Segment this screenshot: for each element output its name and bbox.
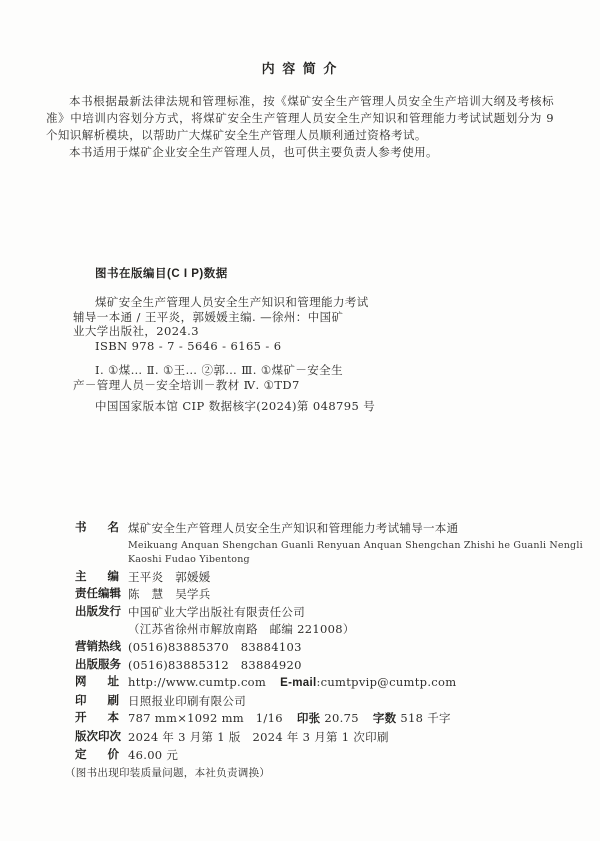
email-address: :cumtpvip@cumtp.com bbox=[316, 675, 456, 689]
quality-replacement-note: （图书出现印装质量问题，本社负责调换） bbox=[65, 765, 560, 780]
content-summary-paragraph-2: 本书适用于煤矿企业安全生产管理人员，也可供主要负责人参考使用。 bbox=[46, 144, 554, 161]
publisher-label: 出版发行 bbox=[75, 605, 119, 619]
format-size: 787 mm×1092 mm 1/16 bbox=[128, 711, 283, 725]
colophon-row-format: 开本 787 mm×1092 mm 1/16印张 20.75字数 518 千字 bbox=[75, 711, 560, 726]
colophon-row-printer: 印刷 日照报业印刷有限公司 bbox=[75, 694, 560, 708]
website-url: http://www.cumtp.com bbox=[128, 675, 266, 689]
website-email-group: http://www.cumtp.comE-mail:cumtpvip@cumt… bbox=[128, 675, 456, 690]
responsible-editor-label: 责任编辑 bbox=[75, 587, 119, 601]
book-title-pinyin-line-2: Kaoshi Fudao Yibentong bbox=[128, 553, 583, 567]
publishing-service-numbers: (0516)83885312 83884920 bbox=[128, 658, 302, 672]
marketing-hotline-numbers: (0516)83885370 83884103 bbox=[128, 640, 302, 654]
publisher-address: （江苏省徐州市解放南路 邮编 221008） bbox=[128, 622, 355, 636]
book-copyright-page: 内 容 简 介 本书根据最新法律法规和管理标准，按《煤矿安全生产管理人员安全生产… bbox=[0, 0, 600, 841]
cip-author-line: 辅导一本通 / 王平炎，郭媛媛主编. —徐州：中国矿 bbox=[73, 310, 403, 325]
edition-label: 版次印次 bbox=[75, 730, 119, 744]
content-summary-paragraph-1: 本书根据最新法律法规和管理标准，按《煤矿安全生产管理人员安全生产培训大纲及考核标… bbox=[46, 93, 554, 144]
cip-isbn-line: ISBN 978 - 7 - 5646 - 6165 - 6 bbox=[73, 339, 403, 354]
word-count-label: 字数 bbox=[373, 713, 397, 725]
content-summary-heading: 内 容 简 介 bbox=[46, 58, 554, 77]
price-value: 46.00 元 bbox=[128, 748, 178, 762]
printed-sheets-label: 印张 bbox=[297, 713, 321, 725]
cip-title-line: 煤矿安全生产管理人员安全生产知识和管理能力考试 bbox=[73, 295, 403, 310]
colophon-row-marketing-hotline: 营销热线 (0516)83885370 83884103 bbox=[75, 640, 560, 654]
price-label: 定价 bbox=[75, 748, 119, 762]
colophon-row-website: 网址 http://www.cumtp.comE-mail:cumtpvip@c… bbox=[75, 675, 560, 690]
edition-value: 2024 年 3 月第 1 版 2024 年 3 月第 1 次印刷 bbox=[128, 730, 389, 744]
colophon-row-edition: 版次印次 2024 年 3 月第 1 版 2024 年 3 月第 1 次印刷 bbox=[75, 730, 560, 744]
cip-classification-line-2: 产－管理人员－安全培训－教材 Ⅳ. ①TD7 bbox=[73, 378, 403, 393]
colophon-row-publishing-service: 出版服务 (0516)83885312 83884920 bbox=[75, 658, 560, 672]
website-label: 网址 bbox=[75, 675, 119, 689]
publisher-name: 中国矿业大学出版社有限责任公司 bbox=[128, 605, 305, 619]
book-title-pinyin-line-1: Meikuang Anquan Shengchan Guanli Renyuan… bbox=[128, 539, 583, 553]
printer-label: 印刷 bbox=[75, 694, 119, 708]
cip-classification-line-1: Ⅰ. ①煤… Ⅱ. ①王… ②郭… Ⅲ. ①煤矿－安全生 bbox=[73, 363, 403, 378]
book-title-value-group: 煤矿安全生产管理人员安全生产知识和管理能力考试辅导一本通 Meikuang An… bbox=[128, 521, 583, 566]
printed-sheets-value: 20.75 bbox=[324, 711, 358, 725]
colophon-row-responsible-editor: 责任编辑 陈 慧 吴学兵 bbox=[75, 587, 560, 601]
format-value-group: 787 mm×1092 mm 1/16印张 20.75字数 518 千字 bbox=[128, 711, 451, 726]
colophon-row-chief-editor: 主编 王平炎 郭媛媛 bbox=[75, 570, 560, 584]
email-label: E-mail bbox=[280, 677, 316, 689]
colophon-row-book-title: 书名 煤矿安全生产管理人员安全生产知识和管理能力考试辅导一本通 Meikuang… bbox=[75, 521, 560, 566]
word-count-value: 518 千字 bbox=[400, 711, 450, 725]
colophon-row-publisher-address: （江苏省徐州市解放南路 邮编 221008） bbox=[75, 622, 560, 636]
colophon-section: 书名 煤矿安全生产管理人员安全生产知识和管理能力考试辅导一本通 Meikuang… bbox=[75, 521, 560, 780]
cip-publisher-line: 业大学出版社，2024.3 bbox=[73, 324, 403, 339]
book-title-label: 书名 bbox=[75, 521, 119, 535]
content-summary-section: 内 容 简 介 本书根据最新法律法规和管理标准，按《煤矿安全生产管理人员安全生产… bbox=[46, 58, 554, 161]
chief-editor-names: 王平炎 郭媛媛 bbox=[128, 570, 211, 584]
cip-record-number-line: 中国国家版本馆 CIP 数据核字(2024)第 048795 号 bbox=[73, 399, 403, 414]
cip-section: 图书在版编目(C I P)数据 煤矿安全生产管理人员安全生产知识和管理能力考试 … bbox=[73, 265, 403, 413]
book-title-text: 煤矿安全生产管理人员安全生产知识和管理能力考试辅导一本通 bbox=[128, 521, 583, 535]
colophon-row-price: 定价 46.00 元 bbox=[75, 748, 560, 762]
format-label: 开本 bbox=[75, 711, 119, 725]
cip-heading: 图书在版编目(C I P)数据 bbox=[73, 265, 403, 281]
publishing-service-label: 出版服务 bbox=[75, 658, 119, 672]
cip-citation-block: 煤矿安全生产管理人员安全生产知识和管理能力考试 辅导一本通 / 王平炎，郭媛媛主… bbox=[73, 295, 403, 353]
printer-name: 日照报业印刷有限公司 bbox=[128, 694, 246, 708]
marketing-hotline-label: 营销热线 bbox=[75, 640, 119, 654]
cip-classification-block: Ⅰ. ①煤… Ⅱ. ①王… ②郭… Ⅲ. ①煤矿－安全生 产－管理人员－安全培训… bbox=[73, 363, 403, 392]
responsible-editor-names: 陈 慧 吴学兵 bbox=[128, 587, 211, 601]
chief-editor-label: 主编 bbox=[75, 570, 119, 584]
colophon-row-publisher: 出版发行 中国矿业大学出版社有限责任公司 bbox=[75, 605, 560, 619]
